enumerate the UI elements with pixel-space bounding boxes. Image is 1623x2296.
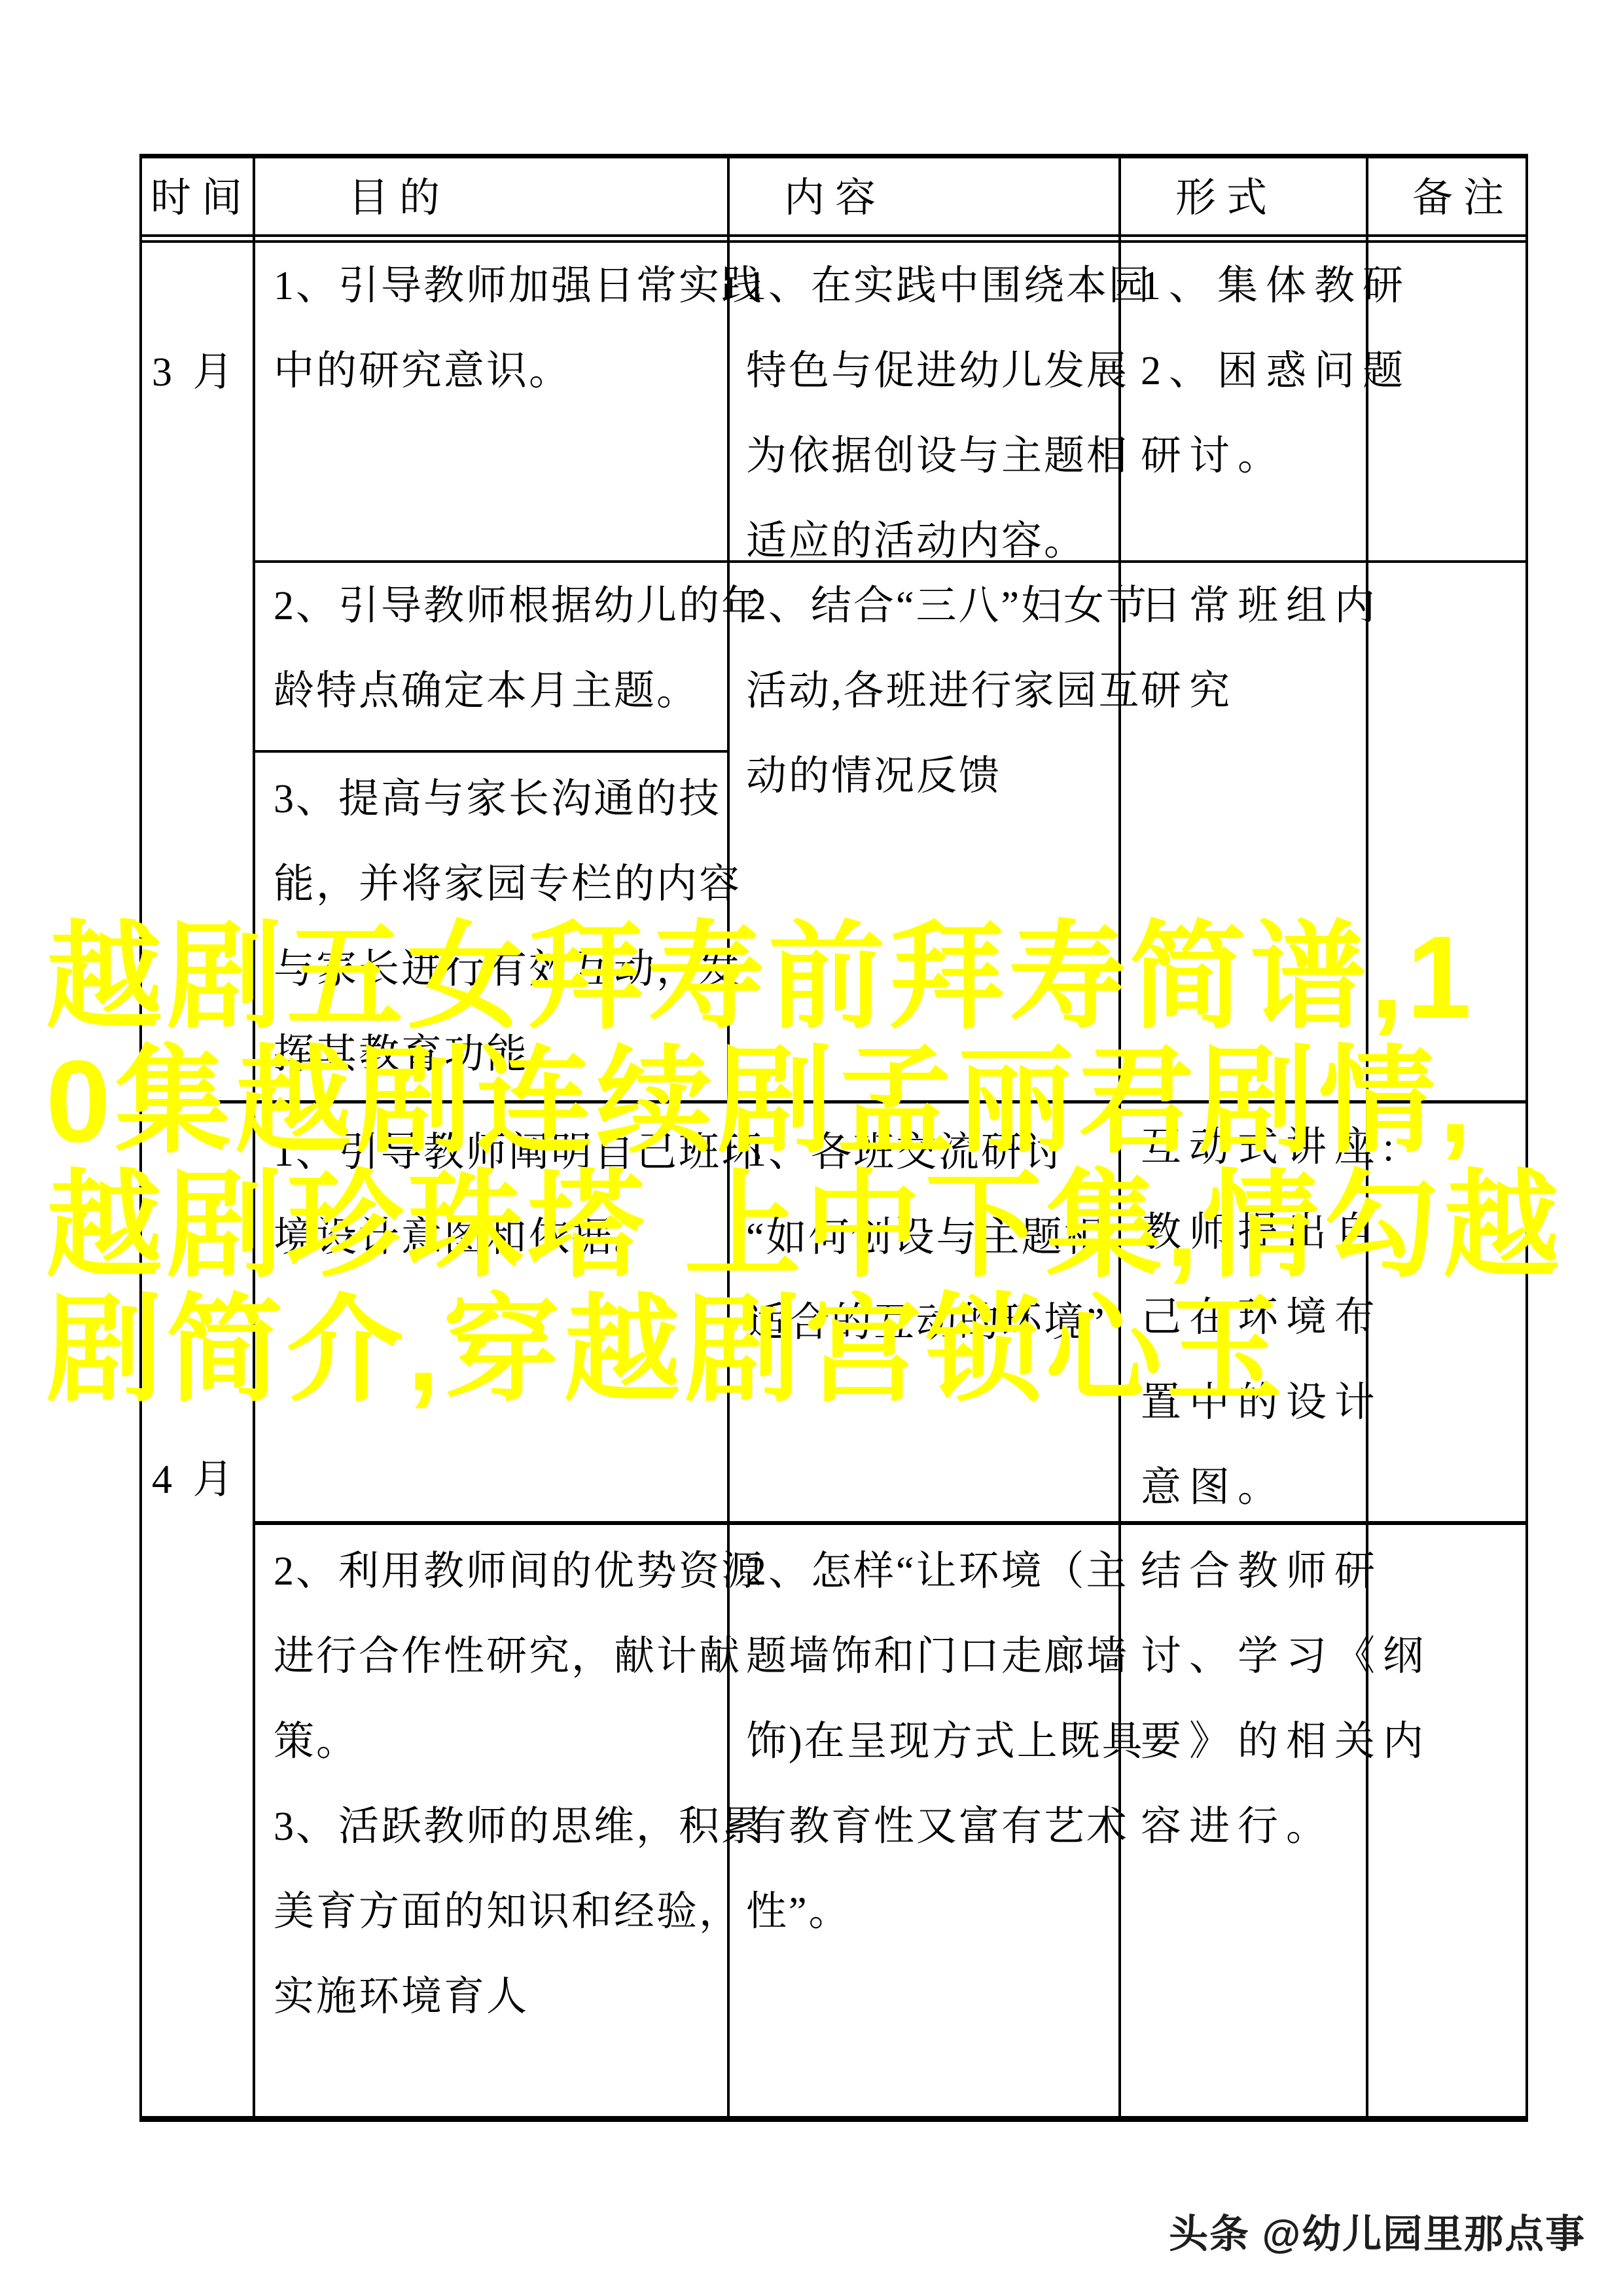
april-purpose-item-2: 2、利用教师间的优势资源 进行合作性研究，献计献 策。 3、活跃教师的思维，积累… [274, 1529, 764, 2039]
march-content-item-2: 2、结合“三八”妇女节 活动,各班进行家园互 动的情况反馈 [746, 564, 1149, 819]
april-content-item-2: 2、怎样“让环境（主 题墙饰和门口走廊墙 饰)在呈现方式上既具 有教育性又富有艺… [746, 1529, 1145, 1954]
table-border-bottom [139, 2116, 1528, 2122]
header-remarks: 备注 [1412, 156, 1514, 241]
march-content-item-1: 1、在实践中围绕本园 特色与促进幼儿发展 为依据创设与主题相 适应的活动内容。 [746, 243, 1151, 584]
march-form-item-1: 1、集体教研 2、困惑问题 研讨。 [1141, 243, 1411, 499]
header-purpose: 目的 [348, 156, 450, 241]
march-purpose-item-2: 2、引导教师根据幼儿的年 龄特点确定本月主题。 [274, 564, 764, 734]
march-purpose-item-1: 1、引导教师加强日常实践 中的研究意识。 [274, 243, 764, 414]
header-form: 形式 [1175, 156, 1277, 241]
time-cell-march: 3 月 [152, 330, 239, 415]
source-caption: 头条 @幼儿园里那点事 [1169, 2211, 1586, 2258]
header-content: 内容 [784, 156, 886, 241]
row-divider-march-purpose [253, 750, 730, 753]
watermark-title-text: 越剧五女拜寿前拜寿简谱,1 0集越剧连续剧孟丽君剧情, 越剧珍珠塔 上中下集,情… [46, 915, 1563, 1412]
document-page: 时间 目的 内容 形式 备注 3 月 1、引导教师加强日常实践 中的研究意识。 … [0, 0, 1623, 2296]
header-time: 时间 [151, 156, 253, 241]
april-form-item-2: 结合教师研 讨、学习《纲 要》的相关内 容进行。 [1141, 1529, 1431, 1869]
march-form-item-2: 日常班组内 研究 [1141, 564, 1383, 734]
time-cell-april: 4 月 [152, 1437, 239, 1522]
